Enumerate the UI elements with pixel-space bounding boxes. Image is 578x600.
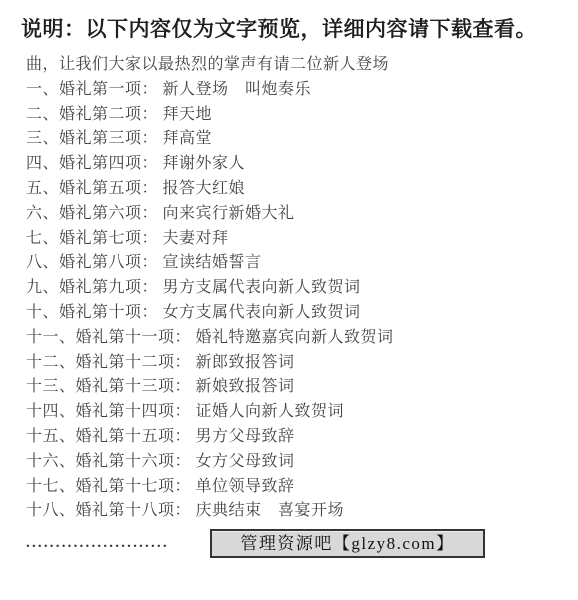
text-line: 一、婚礼第一项： 新人登场 叫炮奏乐 [26,78,568,103]
text-line: 十一、婚礼第十一项： 婚礼特邀嘉宾向新人致贺词 [26,326,568,351]
text-line: 十四、婚礼第十四项： 证婚人向新人致贺词 [26,400,568,425]
text-line: 六、婚礼第六项： 向来宾行新婚大礼 [26,202,568,227]
footer-row: ........................ 管理资源吧【glzy8.com… [26,528,562,559]
text-line: 十、婚礼第十项： 女方支属代表向新人致贺词 [26,301,568,326]
dotted-separator: ........................ [26,535,169,552]
preview-content: 曲，让我们大家以最热烈的掌声有请二位新人登场一、婚礼第一项： 新人登场 叫炮奏乐… [0,53,578,524]
text-line: 十五、婚礼第十五项： 男方父母致辞 [26,425,568,450]
watermark-text: 管理资源吧【glzy8.com】 [240,534,454,553]
text-line: 五、婚礼第五项： 报答大红娘 [26,177,568,202]
text-line: 三、婚礼第三项： 拜高堂 [26,127,568,152]
preview-notice: 说明：以下内容仅为文字预览，详细内容请下载查看。 [0,0,578,43]
text-line: 四、婚礼第四项： 拜谢外家人 [26,152,568,177]
text-line: 十七、婚礼第十七项： 单位领导致辞 [26,475,568,500]
text-line: 十二、婚礼第十二项： 新郎致报答词 [26,351,568,376]
watermark-box: 管理资源吧【glzy8.com】 [210,529,485,558]
text-line: 十三、婚礼第十三项： 新娘致报答词 [26,375,568,400]
document-preview-page: 说明：以下内容仅为文字预览，详细内容请下载查看。 曲，让我们大家以最热烈的掌声有… [0,0,578,600]
text-line: 十六、婚礼第十六项： 女方父母致词 [26,450,568,475]
text-line: 二、婚礼第二项： 拜天地 [26,103,568,128]
text-line: 十八、婚礼第十八项： 庆典结束 喜宴开场 [26,499,568,524]
text-line: 九、婚礼第九项： 男方支属代表向新人致贺词 [26,276,568,301]
text-line: 曲，让我们大家以最热烈的掌声有请二位新人登场 [26,53,568,78]
text-line: 八、婚礼第八项： 宣读结婚誓言 [26,251,568,276]
text-line: 七、婚礼第七项： 夫妻对拜 [26,227,568,252]
